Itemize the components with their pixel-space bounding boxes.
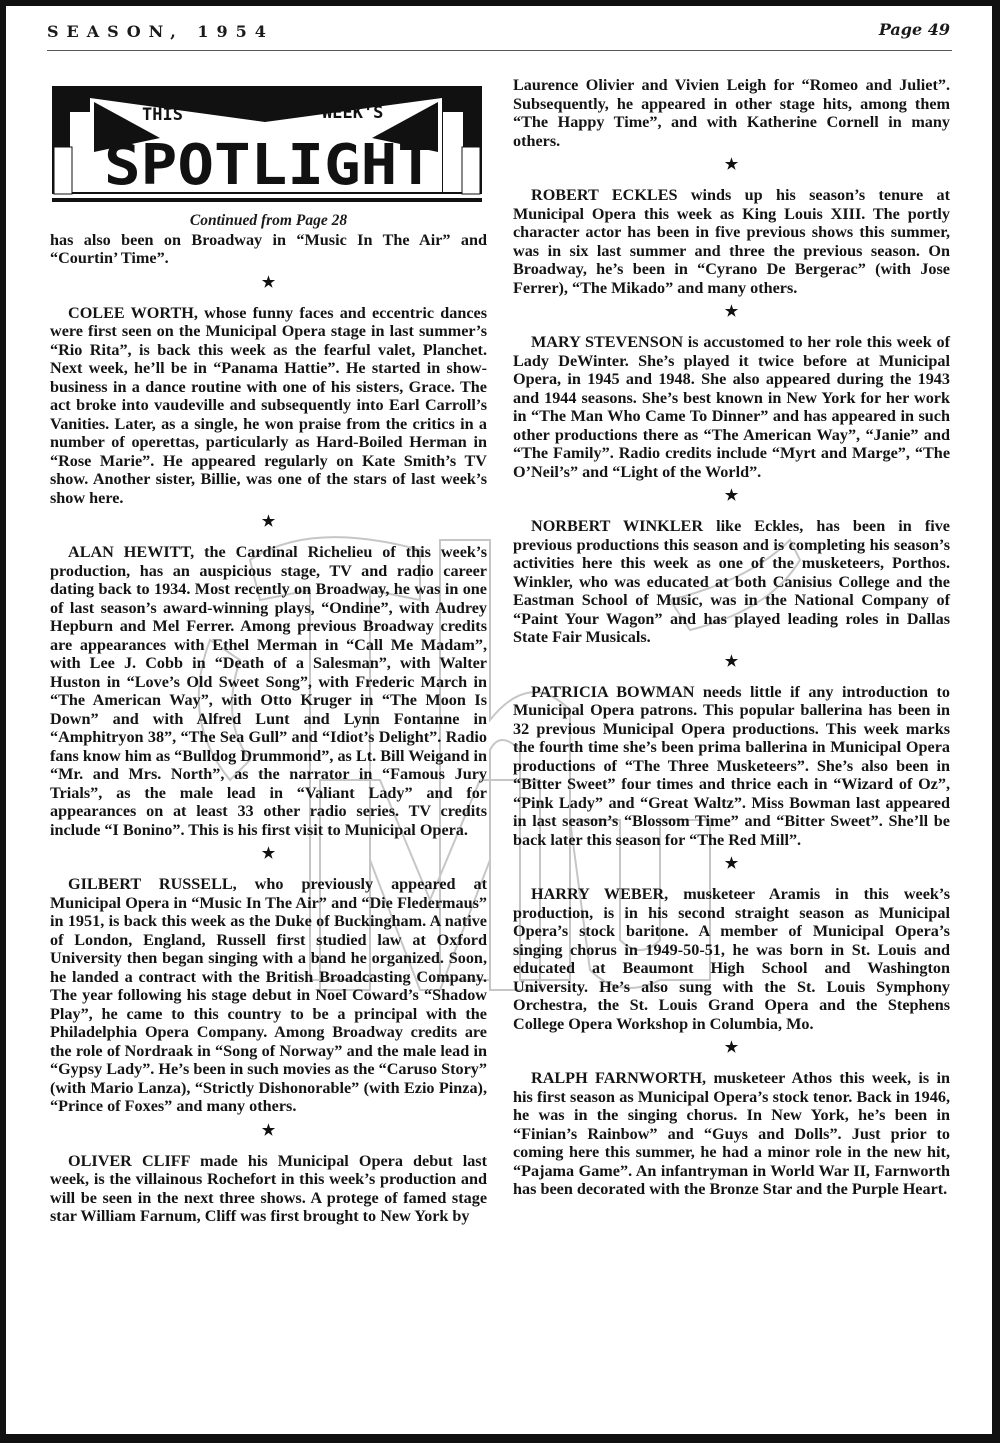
article-paragraph: Laurence Olivier and Vivien Leigh for “R… — [513, 76, 950, 150]
star-separator-icon: ★ — [50, 1122, 487, 1140]
article-paragraph: PATRICIA BOWMAN needs little if any intr… — [513, 683, 950, 850]
left-articles: has also been on Broadway in “Music In T… — [50, 231, 487, 1226]
article-paragraph: has also been on Broadway in “Music In T… — [50, 231, 487, 268]
star-separator-icon: ★ — [513, 1039, 950, 1057]
svg-text:WEEK'S: WEEK'S — [322, 103, 383, 123]
svg-text:THIS: THIS — [142, 105, 183, 125]
right-articles: Laurence Olivier and Vivien Leigh for “R… — [513, 76, 950, 1199]
article-paragraph: COLEE WORTH, whose funny faces and eccen… — [50, 304, 487, 508]
spotlight-banner: THIS WEEK'S SPOTLIGHT — [50, 82, 482, 202]
article-paragraph: NORBERT WINKLER like Eckles, has been in… — [513, 517, 950, 647]
spotlight-logo: THIS WEEK'S SPOTLIGHT — [50, 82, 482, 202]
star-separator-icon: ★ — [513, 303, 950, 321]
star-separator-icon: ★ — [513, 855, 950, 873]
star-separator-icon: ★ — [513, 487, 950, 505]
svg-text:SPOTLIGHT: SPOTLIGHT — [104, 133, 434, 198]
star-separator-icon: ★ — [50, 274, 487, 292]
star-separator-icon: ★ — [50, 845, 487, 863]
page-number: Page 49 — [879, 20, 950, 39]
continued-note: Continued from Page 28 — [50, 212, 487, 231]
article-paragraph: ROBERT ECKLES winds up his season’s tenu… — [513, 186, 950, 297]
left-column: THIS WEEK'S SPOTLIGHT Continued from Pag… — [50, 0, 487, 1226]
article-paragraph: GILBERT RUSSELL, who previously appeared… — [50, 875, 487, 1116]
star-separator-icon: ★ — [50, 513, 487, 531]
star-separator-icon: ★ — [513, 156, 950, 174]
article-paragraph: HARRY WEBER, musketeer Aramis in this we… — [513, 885, 950, 1033]
right-column: Laurence Olivier and Vivien Leigh for “R… — [513, 76, 950, 1199]
star-separator-icon: ★ — [513, 653, 950, 671]
article-paragraph: MARY STEVENSON is accustomed to her role… — [513, 333, 950, 481]
article-paragraph: RALPH FARNWORTH, musketeer Athos this we… — [513, 1069, 950, 1199]
article-paragraph: OLIVER CLIFF made his Municipal Opera de… — [50, 1152, 487, 1226]
article-paragraph: ALAN HEWITT, the Cardinal Richelieu of t… — [50, 543, 487, 839]
